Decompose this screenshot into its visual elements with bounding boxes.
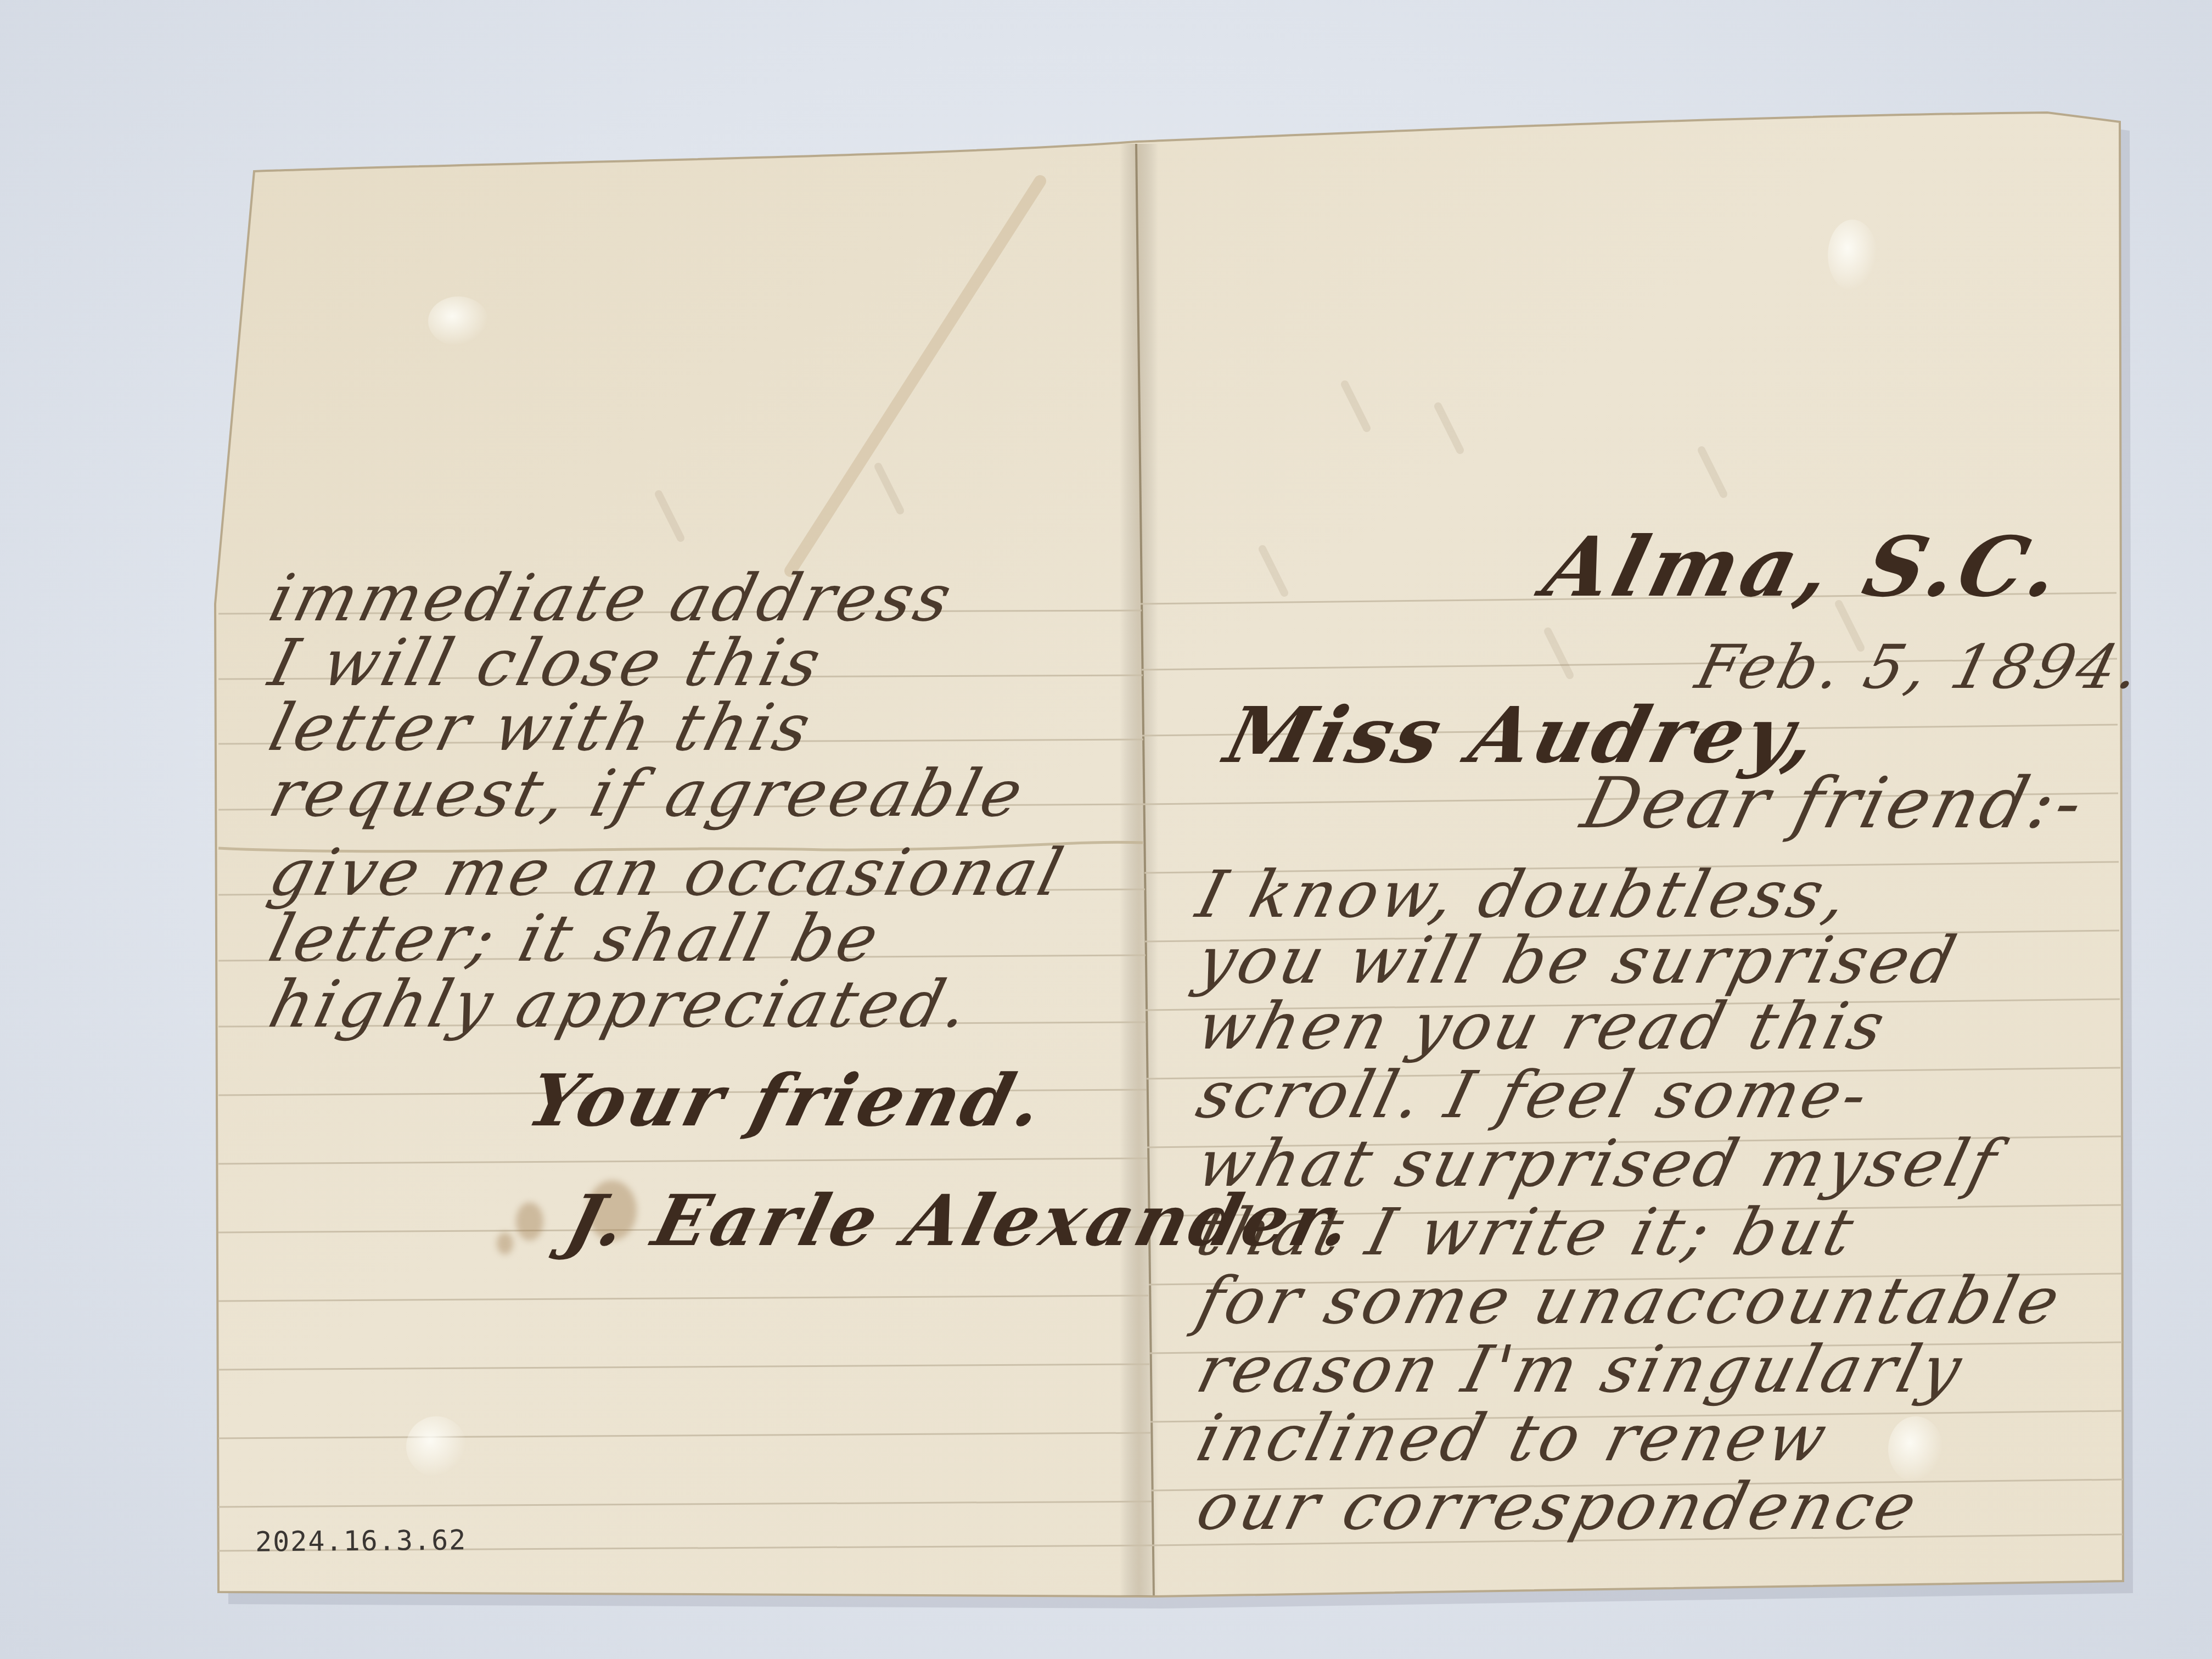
paper-dimple — [406, 1416, 467, 1477]
body-line: letter; it shall be — [263, 906, 888, 971]
letter-closing: Your friend. — [521, 1065, 1053, 1136]
body-line: our correspondence — [1191, 1474, 1926, 1539]
body-line: scroll. I feel some- — [1191, 1062, 1877, 1127]
paper-dimple — [1828, 220, 1877, 291]
body-line: I know, doubtless, — [1191, 862, 1857, 927]
letter-place: Alma, S.C. — [1537, 526, 2072, 608]
catalog-number: 2024.16.3.62 — [255, 1524, 467, 1557]
paper-dimple — [428, 296, 489, 346]
body-line: inclined to renew — [1191, 1405, 1836, 1470]
body-line: for some unaccountable — [1191, 1268, 2069, 1333]
body-line: I will close this — [263, 630, 830, 695]
body-line: give me an occasional — [263, 840, 1072, 905]
letter-date: Feb. 5, 1894. — [1691, 637, 2149, 697]
letter-signature: J. Earle Alexander. — [560, 1186, 1362, 1256]
body-line: request, if agreeable — [263, 761, 1032, 826]
body-line: highly appreciated. — [263, 972, 979, 1036]
letter-photograph: Alma, S.C. Feb. 5, 1894. Miss Audrey, De… — [0, 0, 2212, 1659]
body-line: you will be surprised — [1191, 928, 1965, 993]
letter-salutation: Dear friend:- — [1575, 769, 2092, 839]
ink-stain — [497, 1232, 513, 1254]
ink-stain — [516, 1202, 543, 1241]
body-line: immediate address — [263, 565, 961, 630]
body-line: reason I'm singularly — [1191, 1337, 1970, 1402]
body-line: letter with this — [263, 695, 819, 760]
body-line: when you read this — [1191, 994, 1894, 1058]
